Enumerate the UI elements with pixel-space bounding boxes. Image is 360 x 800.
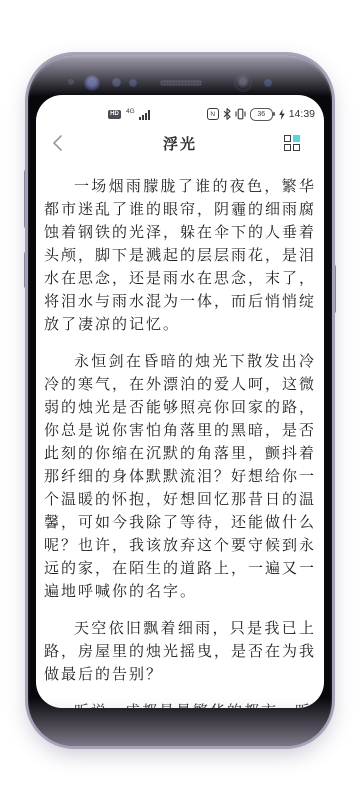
status-time: 14:39	[289, 108, 315, 120]
page-title: 浮光	[36, 133, 324, 154]
paragraph: 听说，成都是最繁华的都市，听	[44, 701, 316, 708]
screen: HD 4G N	[36, 95, 324, 708]
paragraph: 永恒剑在昏暗的烛光下散发出冷冷的寒气，在外漂泊的爱人呵，这微弱的烛光是否能够照亮…	[44, 351, 316, 604]
contents-button[interactable]	[284, 135, 301, 152]
iris-camera	[84, 75, 100, 91]
status-bar: HD 4G N	[36, 95, 324, 123]
vibrate-icon	[235, 108, 246, 120]
back-button[interactable]	[52, 133, 66, 153]
reader-body[interactable]: 一场烟雨朦胧了谁的夜色，繁华都市迷乱了谁的眼帘，阴霾的细雨腐蚀着钢铁的光泽，躲在…	[36, 163, 324, 708]
chevron-left-icon	[52, 134, 63, 152]
front-camera	[234, 74, 252, 92]
grid-icon-cell-accent	[293, 135, 300, 142]
charging-icon	[279, 109, 285, 120]
grid-icon-cell	[293, 144, 300, 151]
hd-voice-icon: HD	[108, 110, 121, 119]
grid-icon-cell	[284, 135, 291, 142]
app-bar: 浮光	[36, 123, 324, 163]
status-left-group: HD 4G	[108, 109, 152, 120]
mockup-canvas: HD 4G N	[0, 0, 360, 800]
status-right-group: N 36 14:39	[207, 108, 315, 121]
earpiece-speaker	[160, 80, 202, 86]
status-sensor	[129, 79, 137, 87]
nfc-icon: N	[207, 108, 219, 120]
grid-icon-cell	[284, 144, 291, 151]
network-type-label: 4G	[126, 108, 135, 115]
battery-indicator: 36	[250, 108, 273, 121]
notification-led	[264, 79, 272, 87]
bluetooth-icon	[223, 108, 231, 120]
signal-strength-icon	[139, 109, 152, 120]
proximity-sensor	[68, 79, 74, 85]
phone-frame: HD 4G N	[28, 55, 332, 746]
light-sensor	[112, 78, 121, 87]
paragraph: 天空依旧飘着细雨，只是我已上路，房屋里的烛光摇曳，是否在为我做最后的告别？	[44, 618, 316, 687]
paragraph: 一场烟雨朦胧了谁的夜色，繁华都市迷乱了谁的眼帘，阴霾的细雨腐蚀着钢铁的光泽，躲在…	[44, 176, 316, 337]
